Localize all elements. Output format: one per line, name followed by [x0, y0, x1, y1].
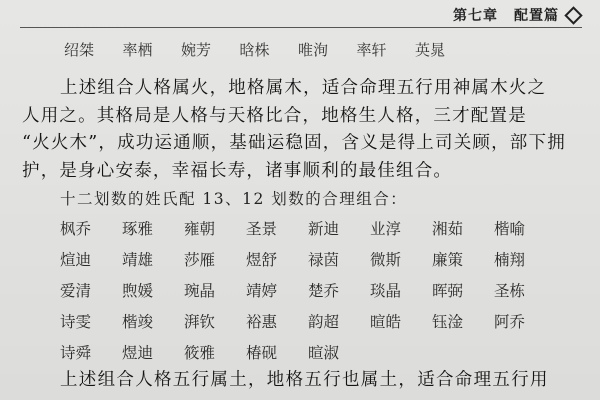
name-item: 诗舜: [60, 341, 122, 363]
name-item: 韵超: [308, 310, 370, 332]
name-item: 廉策: [432, 248, 494, 270]
name-item: 晖弼: [432, 279, 494, 301]
name-item: 晗株: [240, 39, 299, 60]
name-item: 楠翔: [494, 248, 556, 270]
name-item: 椿砚: [246, 341, 308, 363]
name-item: 琰晶: [370, 279, 432, 301]
name-grid-row: 煊迪 靖雄 莎雁 煜舒 禄茵 微斯 廉策 楠翔: [60, 243, 556, 274]
name-item: 裕惠: [246, 310, 308, 332]
name-item: 暄皓: [370, 310, 432, 332]
top-names-row: 绍桀 率栖 婉芳 晗株 唯洵 率轩 英晁: [64, 39, 474, 60]
name-item: 靖雄: [122, 248, 184, 270]
name-item: 唯洵: [298, 39, 357, 60]
name-item: 莎雁: [184, 248, 246, 270]
name-item: 煦媛: [122, 279, 184, 301]
running-head: 第七章 配置篇: [453, 5, 580, 25]
paragraph-line: 护，是身心安泰，幸福长寿，诸事顺利的最佳组合。: [22, 158, 582, 186]
name-item: 煜舒: [246, 248, 308, 270]
name-item: 禄茵: [308, 248, 370, 270]
name-item: 枫乔: [60, 217, 122, 239]
name-item: 新迪: [308, 217, 370, 239]
name-item: 圣景: [246, 217, 308, 239]
name-item: 湃钦: [184, 310, 246, 332]
name-item: 英晁: [415, 39, 474, 60]
page-header: 第七章 配置篇: [20, 0, 582, 28]
name-item: 圣栋: [494, 279, 556, 301]
paragraph-earth: 上述组合人格五行属土，地格五行也属土，适合命理五行用: [60, 366, 549, 391]
name-grid-row: 枫乔 琢雅 雍朝 圣景 新迪 业淳 湘茹 楷喻: [60, 212, 556, 243]
name-item: 爱清: [60, 279, 122, 301]
name-item: 微斯: [370, 248, 432, 270]
name-item: 绍桀: [64, 39, 123, 60]
name-item: 湘茹: [432, 217, 494, 239]
name-item: 煊迪: [60, 248, 122, 270]
name-item: 楚乔: [308, 279, 370, 301]
name-item: 率轩: [357, 39, 416, 60]
name-item: 率栖: [123, 39, 182, 60]
name-item: 琬晶: [184, 279, 246, 301]
name-item: 钰淦: [432, 310, 494, 332]
name-grid-row: 爱清 煦媛 琬晶 靖婷 楚乔 琰晶 晖弼 圣栋: [60, 274, 556, 305]
paragraph-fire-wood: 上述组合人格属火，地格属木，适合命理五行用神属木火之 人用之。其格局是人格与天格…: [22, 75, 582, 185]
combination-intro: 十二划数的姓氏配 13、12 划数的合理组合：: [60, 187, 407, 209]
name-item: 靖婷: [246, 279, 308, 301]
name-grid-row: 诗舜 煜迪 筱雅 椿砚 暄淑: [60, 336, 556, 367]
name-item: 楷竣: [122, 310, 184, 332]
name-item: 业淳: [370, 217, 432, 239]
paragraph-line: 人用之。其格局是人格与天格比合，地格生人格，三才配置是: [22, 103, 582, 131]
section-label: 配置篇: [514, 5, 559, 25]
name-grid: 枫乔 琢雅 雍朝 圣景 新迪 业淳 湘茹 楷喻 煊迪 靖雄 莎雁 煜舒 禄茵 微…: [60, 212, 556, 367]
name-item: 煜迪: [122, 341, 184, 363]
name-item: 筱雅: [184, 341, 246, 363]
name-item: 婉芳: [181, 39, 240, 60]
chapter-label: 第七章: [453, 5, 498, 25]
diamond-ornament-icon: [564, 6, 582, 24]
name-item: 暄淑: [308, 341, 370, 363]
name-grid-row: 诗雯 楷竣 湃钦 裕惠 韵超 暄皓 钰淦 阿乔: [60, 305, 556, 336]
name-item: 琢雅: [122, 217, 184, 239]
paragraph-line: 上述组合人格属火，地格属木，适合命理五行用神属木火之: [22, 75, 582, 103]
name-item: 阿乔: [494, 310, 556, 332]
book-page: 第七章 配置篇 绍桀 率栖 婉芳 晗株 唯洵 率轩 英晁 上述组合人格属火，地格…: [0, 0, 600, 400]
name-item: 楷喻: [494, 217, 556, 239]
name-item: 雍朝: [184, 217, 246, 239]
bleed-through-text: [320, 2, 335, 21]
name-item: 诗雯: [60, 310, 122, 332]
paragraph-line: “火火木”，成功运通顺，基础运稳固，含义是得上司关顾，部下拥: [22, 130, 582, 158]
